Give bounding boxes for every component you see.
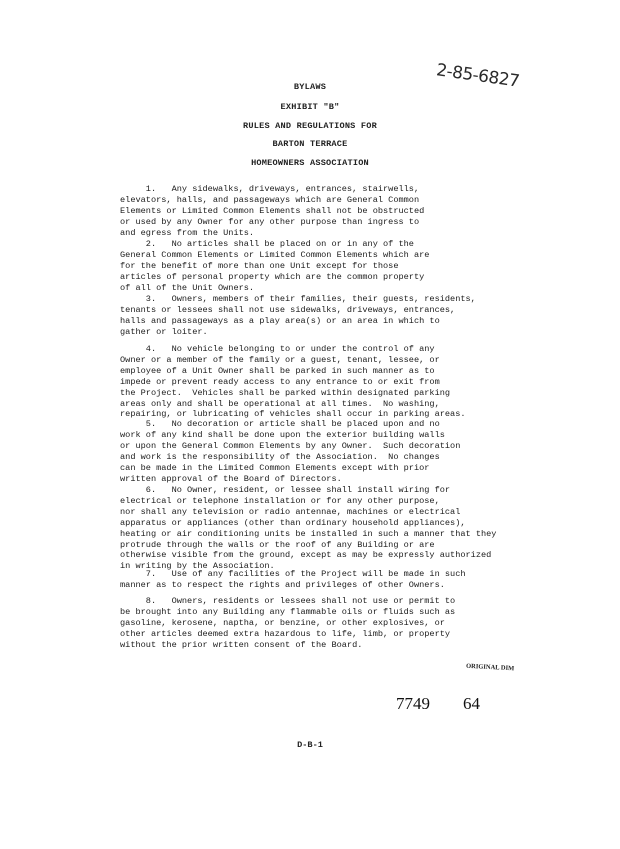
rule-paragraph-7: 7. Use of any facilities of the Project … — [120, 569, 540, 591]
heading-exhibit: EXHIBIT "B" — [0, 102, 620, 112]
document-page: 2-85-6827 BYLAWS EXHIBIT "B" RULES AND R… — [0, 0, 620, 849]
heading-association: HOMEOWNERS ASSOCIATION — [0, 158, 620, 168]
rule-paragraph-5: 5. No decoration or article shall be pla… — [120, 419, 540, 484]
heading-community: BARTON TERRACE — [0, 139, 620, 149]
heading-rules: RULES AND REGULATIONS FOR — [0, 121, 620, 131]
book-number: 7749 — [396, 694, 430, 714]
page-number: 64 — [463, 694, 480, 714]
rule-paragraph-1: 1. Any sidewalks, driveways, entrances, … — [120, 184, 540, 239]
rule-paragraph-3: 3. Owners, members of their families, th… — [120, 294, 540, 338]
rule-paragraph-6: 6. No Owner, resident, or lessee shall i… — [120, 485, 540, 572]
rule-paragraph-4: 4. No vehicle belonging to or under the … — [120, 344, 540, 420]
original-stamp: ORIGINAL DIM — [466, 663, 515, 673]
rule-paragraph-8: 8. Owners, residents or lessees shall no… — [120, 596, 540, 651]
heading-bylaws: BYLAWS — [0, 82, 620, 92]
rule-paragraph-2: 2. No articles shall be placed on or in … — [120, 239, 540, 294]
page-footer: D-B-1 — [0, 740, 620, 750]
